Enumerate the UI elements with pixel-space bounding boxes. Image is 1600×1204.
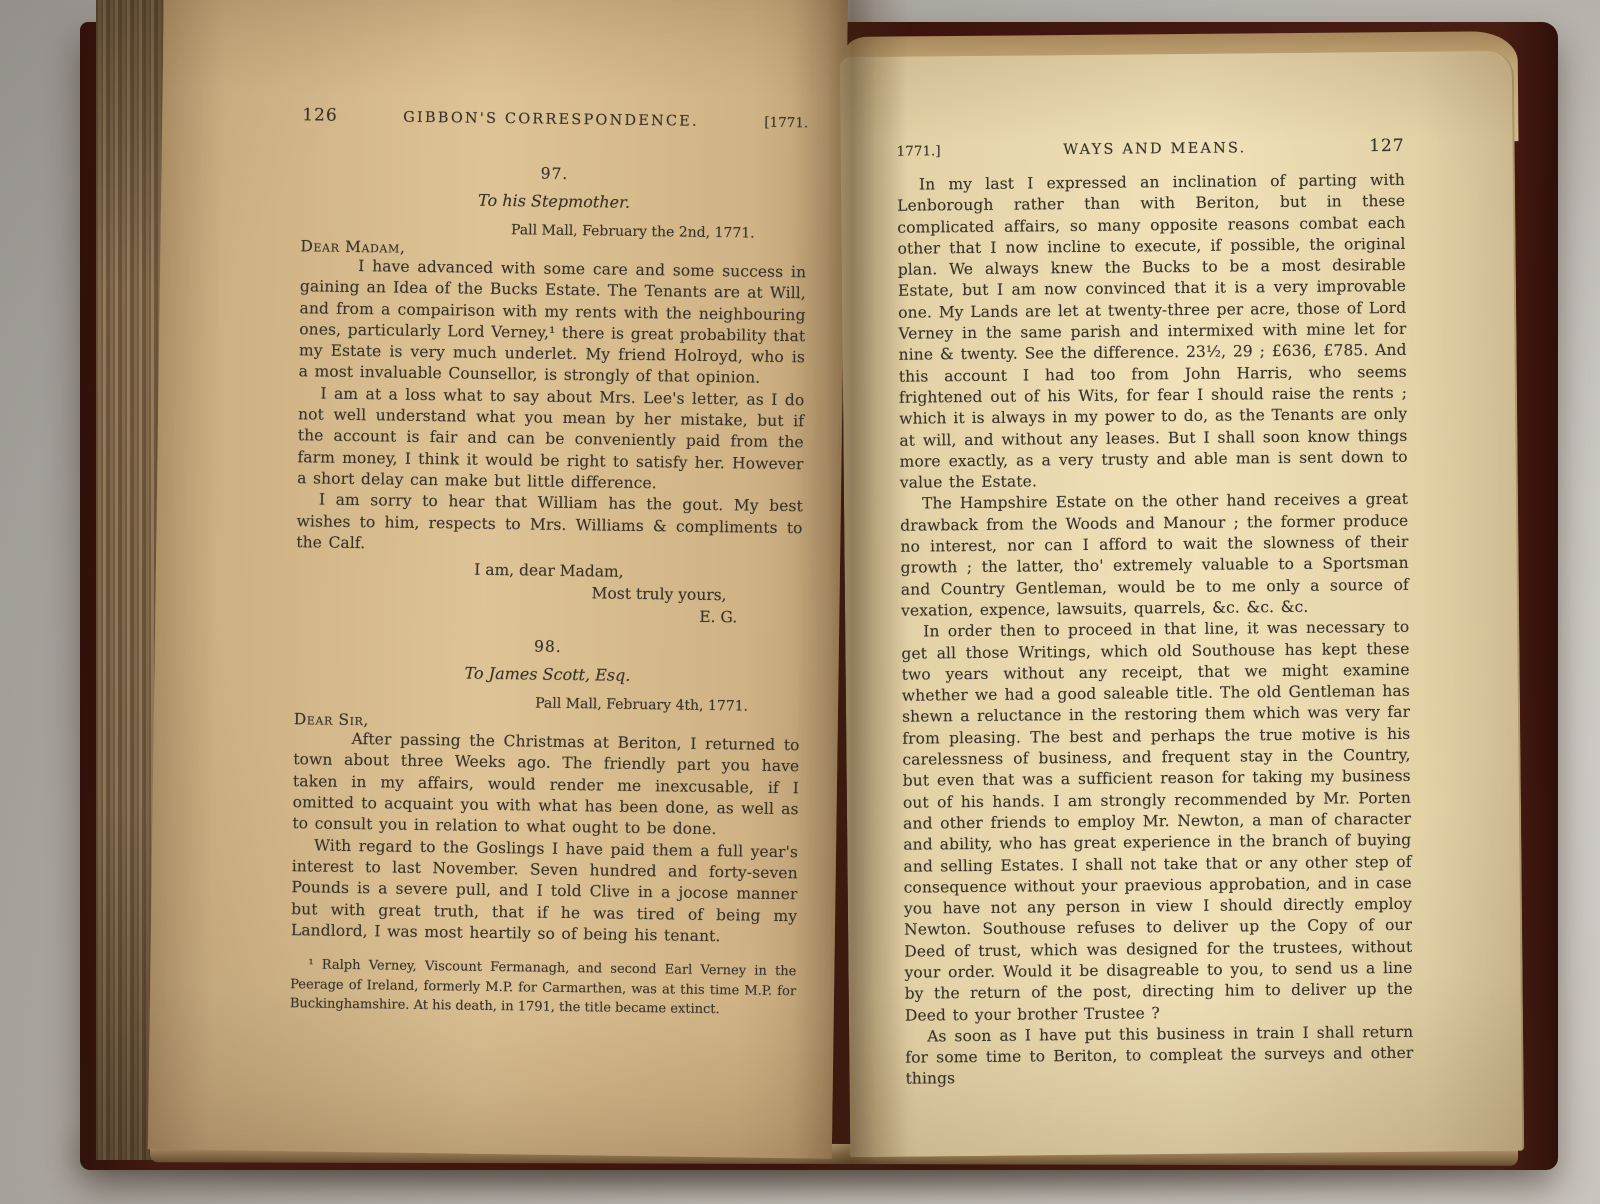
- page-header-left: 126 GIBBON'S CORRESPONDENCE. [1771.: [302, 105, 808, 132]
- right-text-column: 1771.] WAYS AND MEANS. 127 In my last I …: [897, 136, 1414, 1091]
- body-paragraph: As soon as I have put this business in t…: [905, 1022, 1414, 1091]
- letter-paragraph: With regard to the Goslings I have paid …: [291, 835, 798, 949]
- letter-recipient: To his Stepmother.: [301, 188, 807, 214]
- running-title-left: GIBBON'S CORRESPONDENCE.: [403, 110, 699, 130]
- letter-number: 98.: [295, 634, 801, 659]
- page-header-right: 1771.] WAYS AND MEANS. 127: [897, 136, 1405, 161]
- photo-background: 126 GIBBON'S CORRESPONDENCE. [1771. 97. …: [0, 0, 1600, 1204]
- letter-paragraph: After passing the Christmas at Beriton, …: [292, 728, 799, 842]
- body-paragraph: The Hampshire Estate on the other hand r…: [900, 489, 1409, 622]
- letter-number: 97.: [301, 161, 807, 186]
- page-number-right: 127: [1369, 136, 1405, 156]
- page-number-left: 126: [302, 105, 338, 125]
- page-right: 1771.] WAYS AND MEANS. 127 In my last I …: [840, 51, 1525, 1157]
- letter-paragraph: I am sorry to hear that William has the …: [296, 489, 803, 560]
- letter-98: 98. To James Scott, Esq. Pall Mall, Febr…: [291, 634, 801, 948]
- page-left: 126 GIBBON'S CORRESPONDENCE. [1771. 97. …: [148, 0, 848, 1159]
- body-paragraph: In my last I expressed an inclination of…: [897, 170, 1408, 494]
- letter-paragraph: I am at a loss what to say about Mrs. Le…: [297, 383, 804, 497]
- running-title-right: WAYS AND MEANS.: [1063, 140, 1246, 158]
- year-marker-right: 1771.]: [897, 143, 941, 159]
- body-paragraph: In order then to proceed in that line, i…: [901, 617, 1413, 1026]
- letter-paragraph: I have advanced with some care and some …: [299, 255, 807, 390]
- left-text-column: 126 GIBBON'S CORRESPONDENCE. [1771. 97. …: [290, 105, 809, 1021]
- letter-recipient: To James Scott, Esq.: [294, 661, 800, 687]
- year-marker-left: [1771.: [764, 115, 808, 132]
- letter-97: 97. To his Stepmother. Pall Mall, Februa…: [295, 161, 807, 629]
- footnote: ¹ Ralph Verney, Viscount Fermanagh, and …: [290, 955, 797, 1021]
